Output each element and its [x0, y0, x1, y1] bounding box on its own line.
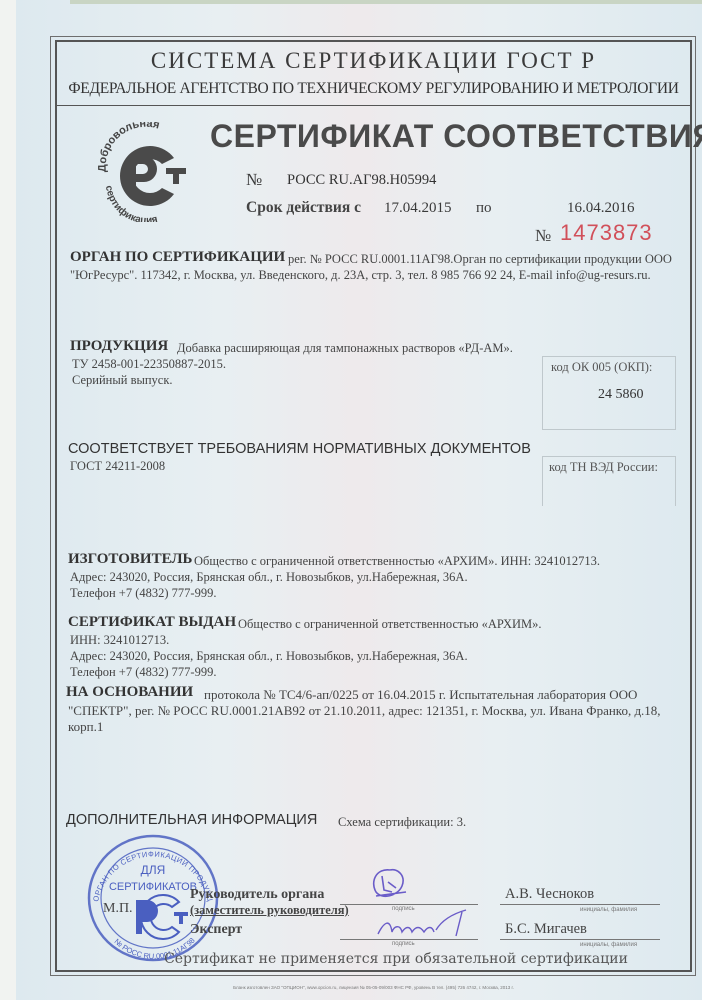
certificate-title: СЕРТИФИКАТ СООТВЕТСТВИЯ [210, 118, 702, 155]
serial-number: 1473873 [560, 220, 653, 246]
valid-from-date: 17.04.2015 [384, 200, 452, 217]
expert-signature-caption: подпись [392, 941, 415, 947]
svg-text:СЕРТИФИКАТОВ: СЕРТИФИКАТОВ [109, 881, 197, 893]
tnved-label: код ТН ВЭД России: [549, 460, 658, 475]
conformity-line1: ГОСТ 24211-2008 [70, 459, 165, 474]
system-title: СИСТЕМА СЕРТИФИКАЦИИ ГОСТ Р [55, 48, 692, 74]
valid-to-label: по [476, 200, 492, 217]
issued-to-line1: Общество с ограниченной ответственностью… [238, 617, 542, 632]
expert-name-line [500, 939, 660, 940]
rst-voluntary-logo-icon: Добровольная сертификация [96, 122, 196, 222]
serial-label: № [535, 226, 551, 246]
manufacturer-heading: ИЗГОТОВИТЕЛЬ [68, 551, 192, 568]
printer-info: Бланк изготовлен ЗАО "ОПЦИОН", www.opcio… [55, 985, 692, 990]
expert-name-caption: инициалы, фамилия [580, 942, 637, 948]
head-name-line [500, 904, 660, 905]
footer-notice: Сертификат не применяется при обязательн… [146, 951, 646, 967]
manufacturer-line3: Телефон +7 (4832) 777-999. [70, 586, 216, 601]
valid-to-date: 16.04.2016 [567, 200, 635, 217]
number-label: № [246, 170, 262, 190]
basis-line3: корп.1 [68, 719, 103, 735]
validity-label: Срок действия с [246, 199, 361, 217]
scan-top-edge [70, 0, 702, 4]
tnved-code-box: код ТН ВЭД России: [542, 456, 676, 506]
certificate-number: РОСС RU.АГ98.Н05994 [287, 172, 436, 189]
issued-to-line4: Телефон +7 (4832) 777-999. [70, 665, 216, 680]
issued-to-heading: СЕРТИФИКАТ ВЫДАН [68, 614, 236, 631]
manufacturer-line2: Адрес: 243020, Россия, Брянская обл., г.… [70, 570, 468, 585]
issued-to-line3: Адрес: 243020, Россия, Брянская обл., г.… [70, 649, 468, 664]
expert-role: Эксперт [190, 922, 242, 938]
basis-line1: протокола № ТС4/6-ап/0225 от 16.04.2015 … [204, 687, 637, 703]
additional-heading: ДОПОЛНИТЕЛЬНАЯ ИНФОРМАЦИЯ [66, 812, 317, 828]
okp-code-box: код ОК 005 (ОКП): 24 5860 [542, 356, 676, 430]
agency-title: ФЕДЕРАЛЬНОЕ АГЕНТСТВО ПО ТЕХНИЧЕСКОМУ РЕ… [55, 80, 692, 98]
head-name: А.В. Чесноков [505, 886, 594, 903]
issued-to-line2: ИНН: 3241012713. [70, 633, 169, 648]
svg-text:ДЛЯ: ДЛЯ [141, 863, 166, 877]
expert-signature-icon [372, 908, 472, 940]
head-signature-icon [368, 866, 410, 902]
header-divider [55, 105, 692, 106]
cert-body-heading: ОРГАН ПО СЕРТИФИКАЦИИ [70, 249, 285, 266]
expert-name: Б.С. Мигачев [505, 921, 587, 938]
scan-edge [0, 0, 16, 1000]
head-signature-line [340, 904, 478, 905]
product-line3: Серийный выпуск. [72, 373, 173, 388]
conformity-heading: СООТВЕТСТВУЕТ ТРЕБОВАНИЯМ НОРМАТИВНЫХ ДО… [68, 441, 531, 457]
head-role: Руководитель органа [190, 887, 324, 903]
basis-heading: НА ОСНОВАНИИ [66, 684, 193, 701]
head-name-caption: инициалы, фамилия [580, 907, 637, 913]
cert-body-line2: "ЮгРесурс". 117342, г. Москва, ул. Введе… [70, 268, 651, 283]
product-line2: ТУ 2458-001-22350887-2015. [72, 357, 226, 372]
head-role-deputy: (заместитель руководителя) [190, 903, 349, 918]
cert-body-line1: рег. № РОСС RU.0001.11АГ98.Орган по серт… [288, 252, 672, 267]
product-heading: ПРОДУКЦИЯ [70, 338, 168, 355]
okp-label: код ОК 005 (ОКП): [551, 360, 652, 375]
basis-line2: "СПЕКТР", рег. № РОСС RU.0001.21АВ92 от … [68, 703, 661, 719]
manufacturer-line1: Общество с ограниченной ответственностью… [194, 554, 600, 569]
okp-value: 24 5860 [598, 387, 644, 403]
stamp-place-label: М.П. [103, 901, 133, 917]
product-line1: Добавка расширяющая для тампонажных раст… [177, 341, 513, 356]
additional-text: Схема сертификации: 3. [338, 815, 466, 830]
